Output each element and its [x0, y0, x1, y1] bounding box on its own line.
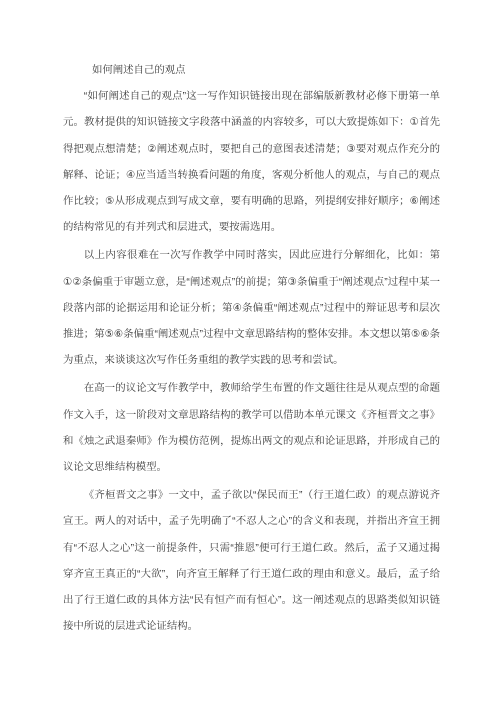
paragraph-2: 以上内容很难在一次写作教学中同时落实，因此应进行分解细化，比如：第①②条偏重于审… [63, 243, 440, 374]
paragraph-3: 在高一的议论文写作教学中，教师给学生布置的作文题往往是从观点型的命题作文入手，这… [63, 376, 440, 481]
document-title: 如何阐述自己的观点 [63, 58, 440, 84]
document-content: 如何阐述自己的观点 “如何阐述自己的观点”这一写作知识链接出现在部编版新教材必修… [63, 58, 440, 640]
paragraph-1: “如何阐述自己的观点”这一写作知识链接出现在部编版新教材必修下册第一单元。教材提… [63, 84, 440, 241]
paragraph-4: 《齐桓晋文之事》一文中，孟子欲以“保民而王”（行王道仁政）的观点游说齐宣王。两人… [63, 483, 440, 640]
document-page: 如何阐述自己的观点 “如何阐述自己的观点”这一写作知识链接出现在部编版新教材必修… [0, 0, 500, 707]
